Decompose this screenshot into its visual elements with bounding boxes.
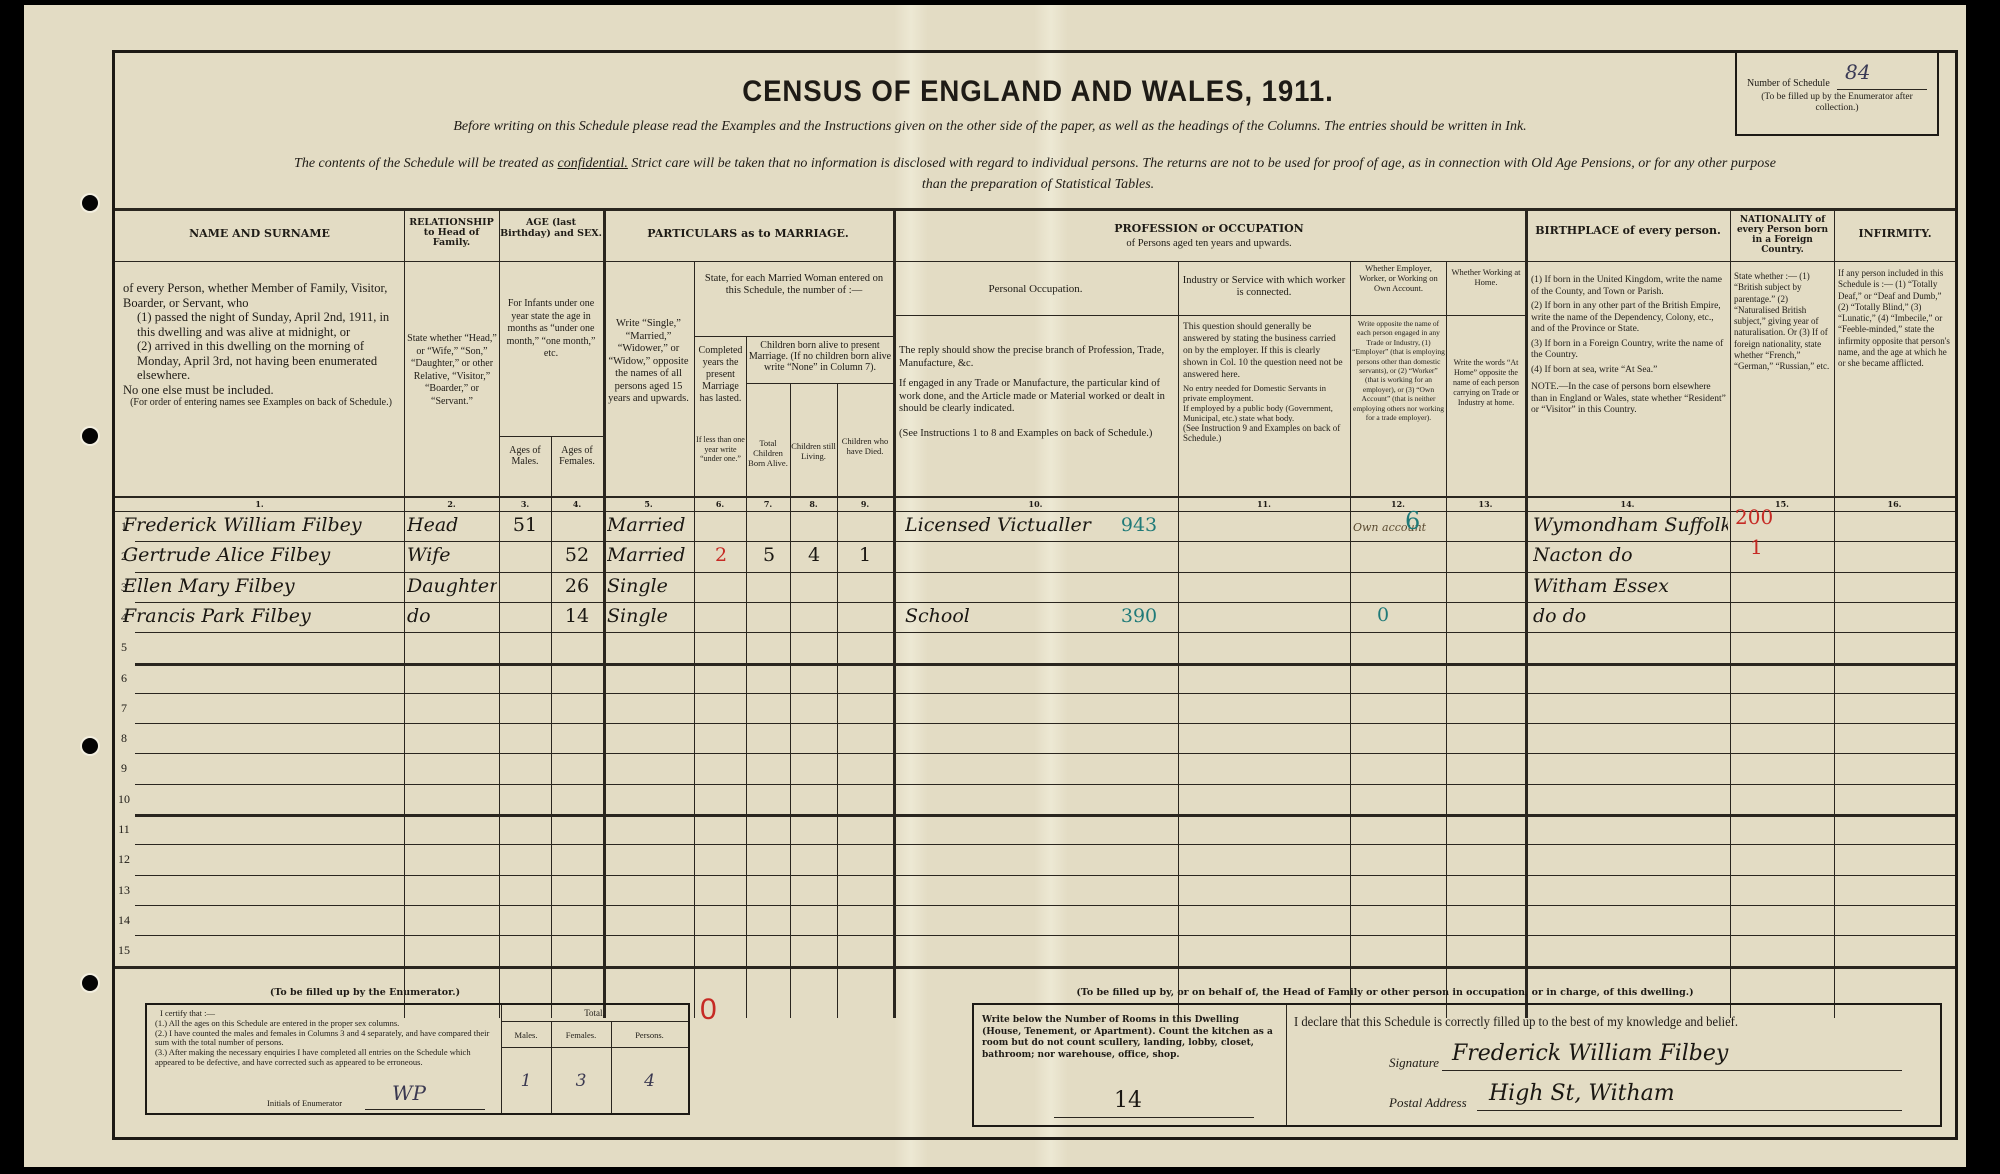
col-header-birthplace: BIRTHPLACE of every person. [1528, 225, 1728, 237]
col-header-employer: Whether Employer, Worker, or Working on … [1351, 263, 1446, 293]
row-number: 11 [115, 822, 133, 837]
birthplace-code-cell: 1 [1750, 535, 1763, 559]
marriage-status-cell[interactable]: Married [607, 514, 693, 536]
name-cell[interactable]: Gertrude Alice Filbey [123, 544, 403, 566]
row-number: 8 [115, 731, 133, 746]
name-cell[interactable]: Francis Park Filbey [123, 605, 403, 627]
name-cell[interactable]: Frederick William Filbey [123, 514, 403, 536]
col-desc-relationship: State whether “Head,” or “Wife,” “Son,” … [407, 333, 497, 408]
children-died-cell[interactable]: 1 [839, 544, 891, 566]
birthplace-cell[interactable]: Wymondham Suffolk [1533, 514, 1728, 536]
relationship-cell[interactable]: Daughter [407, 575, 497, 597]
col-header-ages-males: Ages of Males. [499, 445, 551, 467]
relationship-cell[interactable]: Wife [407, 544, 497, 566]
col-desc-personal-occupation: The reply should show the precise branch… [899, 345, 1174, 440]
postal-address-value[interactable]: High St, Witham [1489, 1081, 1675, 1106]
col-number: 16. [1834, 499, 1955, 509]
declaration-text: I declare that this Schedule is correctl… [1294, 1015, 1870, 1031]
col-header-ages-females: Ages of Females. [551, 445, 603, 467]
col-number: 10. [893, 499, 1178, 509]
row-number: 10 [115, 792, 133, 807]
col-desc-infirmity: If any person included in this Schedule … [1838, 268, 1951, 370]
marriage-years-cell[interactable]: 2 [697, 544, 745, 566]
col-number: 3. [499, 499, 551, 509]
schedule-form: CENSUS OF ENGLAND AND WALES, 1911. Befor… [112, 50, 1958, 1140]
col-desc-employer: Write opposite the name of each person e… [1352, 319, 1445, 422]
col-header-children-born: Total Children Born Alive. [746, 438, 790, 468]
row-number: 6 [115, 671, 133, 686]
rooms-value[interactable]: 14 [1114, 1088, 1142, 1113]
household-heading: (To be filled up by, or on behalf of, th… [945, 987, 1825, 999]
document-title: CENSUS OF ENGLAND AND WALES, 1911. [189, 75, 1887, 109]
relationship-cell[interactable]: do [407, 605, 497, 627]
total-label: Total. [501, 1007, 688, 1020]
col-header-occupation: PROFESSION or OCCUPATION [893, 223, 1525, 235]
punch-hole [82, 738, 98, 754]
row-number: 14 [115, 913, 133, 928]
row-number: 5 [115, 640, 133, 655]
males-label: Males. [501, 1029, 551, 1042]
schedule-number-box: Number of Schedule 84 (To be filled up b… [1735, 50, 1939, 136]
signature-label: Signature [1389, 1055, 1439, 1071]
children-born-cell[interactable]: 5 [748, 544, 790, 566]
enumerator-heading: (To be filled up by the Enumerator.) [175, 987, 555, 999]
col-number: 4. [551, 499, 603, 509]
col-desc-working-home: Write the words “At Home” opposite the n… [1448, 358, 1524, 408]
relationship-cell[interactable]: Head [407, 514, 497, 536]
col-desc-name: of every Person, whether Member of Famil… [123, 281, 399, 408]
col-number: 9. [837, 499, 893, 509]
col-number: 6. [694, 499, 746, 509]
age-female-cell[interactable]: 14 [553, 605, 601, 627]
signature-value[interactable]: Frederick William Filbey [1452, 1041, 1728, 1066]
col-header-nationality: NATIONALITY of every Person born in a Fo… [1731, 215, 1834, 255]
col-header-age: AGE (last Birthday) and SEX. [499, 218, 603, 239]
col-desc-age: For Infants under one year state the age… [501, 298, 601, 361]
punch-hole [82, 975, 98, 991]
initials-value[interactable]: WP [392, 1081, 426, 1105]
col-number: 7. [746, 499, 790, 509]
birthplace-cell[interactable]: Nacton do [1533, 544, 1728, 566]
total-persons[interactable]: 4 [611, 1075, 688, 1088]
total-females[interactable]: 3 [551, 1075, 611, 1088]
col-number: 12. [1350, 499, 1446, 509]
total-males[interactable]: 1 [501, 1075, 551, 1088]
col-desc-birthplace: (1) If born in the United Kingdom, write… [1531, 275, 1727, 417]
name-cell[interactable]: Ellen Mary Filbey [123, 575, 403, 597]
occupation-code-cell[interactable]: 943 [1100, 514, 1178, 536]
row-number: 15 [115, 943, 133, 958]
schedule-number-note: (To be filled up by the Enumerator after… [1741, 92, 1933, 114]
col-number: 8. [790, 499, 837, 509]
certify-text: I certify that :— (1.) All the ages on t… [155, 1009, 500, 1068]
employer-code-cell: 6 [1405, 507, 1420, 535]
schedule-number-label: Number of Schedule [1747, 77, 1830, 90]
col-header-working-home: Whether Working at Home. [1447, 267, 1525, 287]
col-header-industry: Industry or Service with which worker is… [1180, 275, 1348, 299]
confidential-notice-line2: than the preparation of Statistical Tabl… [115, 177, 1961, 193]
marriage-status-cell[interactable]: Single [607, 575, 693, 597]
occupation-cell[interactable]: Licensed Victualler [905, 514, 1105, 536]
col-desc-marriage-years: Completed years the present Marriage has… [695, 345, 746, 405]
occupation-code-cell[interactable]: 390 [1100, 605, 1178, 627]
females-label: Females. [551, 1029, 611, 1042]
col-header-name: NAME AND SURNAME [115, 228, 404, 240]
age-female-cell[interactable]: 52 [553, 544, 601, 566]
row-number: 7 [115, 701, 133, 716]
col-header-children-died: Children who have Died. [837, 436, 893, 456]
children-living-cell[interactable]: 4 [792, 544, 836, 566]
col-note-marriage-years: If less than one year write “under one.” [695, 435, 746, 464]
marriage-status-cell[interactable]: Single [607, 605, 693, 627]
col-header-relationship: RELATIONSHIP to Head of Family. [404, 218, 499, 248]
col-number: 13. [1446, 499, 1525, 509]
employer-code-cell: 0 [1377, 604, 1389, 626]
col-header-marriage: PARTICULARS as to MARRIAGE. [603, 228, 893, 240]
col-number: 14. [1525, 499, 1730, 509]
persons-label: Persons. [611, 1029, 688, 1042]
schedule-number-value[interactable]: 84 [1845, 60, 1870, 84]
rooms-instruction: Write below the Number of Rooms in this … [982, 1015, 1277, 1061]
marriage-status-cell[interactable]: Married [607, 544, 693, 566]
occupation-cell[interactable]: School [905, 605, 1105, 627]
col-number: 5. [603, 499, 694, 509]
row-number: 9 [115, 761, 133, 776]
col-subheader-occupation: of Persons aged ten years and upwards. [893, 237, 1525, 250]
initials-label: Initials of Enumerator [267, 1097, 342, 1110]
col-number: 1. [115, 499, 404, 509]
instruction-line: Before writing on this Schedule please r… [215, 119, 1765, 135]
col-desc-nationality: State whether :— (1) “British subject by… [1734, 271, 1832, 373]
punch-hole [82, 195, 98, 211]
col-header-personal-occupation: Personal Occupation. [893, 283, 1178, 296]
age-female-cell[interactable]: 26 [553, 575, 601, 597]
col-header-children-living: Children still Living. [790, 441, 837, 461]
red-check-mark: 0 [700, 993, 717, 1027]
col-desc-marriage-status: Write “Single,” “Married,” “Widower,” or… [605, 318, 692, 406]
enumerator-certificate: I certify that :— (1.) All the ages on t… [145, 1003, 690, 1115]
married-woman-header: State, for each Married Woman entered on… [697, 273, 891, 297]
age-male-cell[interactable]: 51 [501, 514, 549, 536]
col-number: 2. [404, 499, 499, 509]
postal-address-label: Postal Address [1389, 1095, 1467, 1111]
row-number: 13 [115, 883, 133, 898]
confidential-word: confidential. [558, 156, 628, 171]
col-number: 11. [1178, 499, 1350, 509]
col-desc-industry: This question should generally be answer… [1183, 321, 1347, 443]
birthplace-cell[interactable]: do do [1533, 605, 1728, 627]
punch-hole [82, 428, 98, 444]
col-header-infirmity: INFIRMITY. [1835, 228, 1955, 240]
row-number: 12 [115, 852, 133, 867]
employer-cell[interactable]: Own account [1353, 521, 1445, 534]
confidential-notice: The contents of the Schedule will be tre… [125, 156, 1945, 172]
children-header: Children born alive to present Marriage.… [748, 340, 892, 373]
birthplace-code-cell: 200 [1735, 505, 1773, 529]
birthplace-cell[interactable]: Witham Essex [1533, 575, 1728, 597]
household-declaration-box: Write below the Number of Rooms in this … [972, 1003, 1942, 1127]
